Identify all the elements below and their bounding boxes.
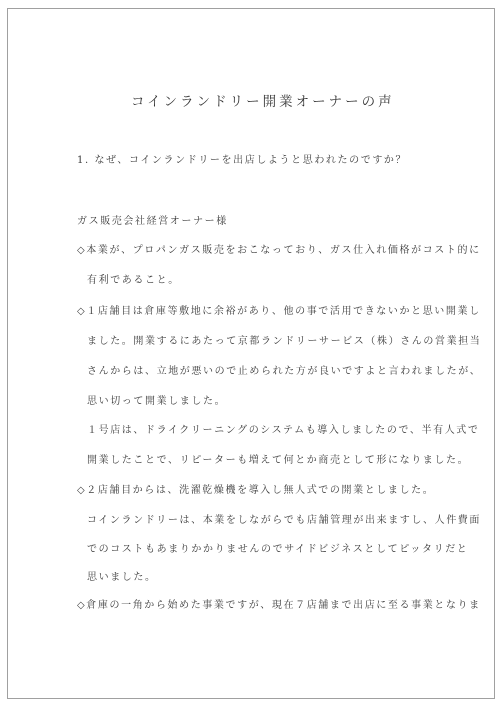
- body-line: ◇倉庫の一角から始めた事業ですが、現在７店舗まで出店に至る事業となりま: [77, 599, 481, 613]
- body-line: 思い切って開業しました。: [87, 395, 226, 409]
- body-line: でのコストもあまりかかりませんのでサイドビジネスとしてピッタリだと: [87, 543, 468, 557]
- body-line: ました。開業するにあたって京都ランドリーサービス（株）さんの営業担当: [87, 335, 481, 349]
- document-page: [7, 8, 495, 699]
- body-line: 開業したことで、リピーターも増えて何とか商売として形になりました。: [87, 454, 469, 468]
- body-line: コインランドリーは、本業をしながらでも店舗管理が出来ますし、人件費面: [87, 514, 481, 528]
- body-line: 有利であること。: [87, 274, 180, 288]
- body-line: ◇２店舗目からは、洗濯乾燥機を導入し無人式での開業としました。: [77, 484, 434, 498]
- body-line: さんからは、立地が悪いので止められた方が良いですよと言われましたが、: [87, 365, 481, 379]
- body-line: ◇本業が、プロパンガス販売をおこなっており、ガス仕入れ価格がコスト的に: [77, 244, 481, 258]
- document-title: コインランドリー開業オーナーの声: [131, 95, 395, 109]
- respondent-label: ガス販売会社経営オーナー様: [77, 215, 228, 229]
- question-heading: 1. なぜ、コインランドリーを出店しようと思われたのですか？: [77, 154, 407, 168]
- body-line: ◇１店舗目は倉庫等敷地に余裕があり、他の事で活用できないかと思い開業し: [77, 305, 481, 319]
- body-line: １号店は、ドライクリーニングのシステムも導入しましたので、半有人式で: [87, 424, 480, 438]
- body-line: 思いました。: [87, 571, 157, 585]
